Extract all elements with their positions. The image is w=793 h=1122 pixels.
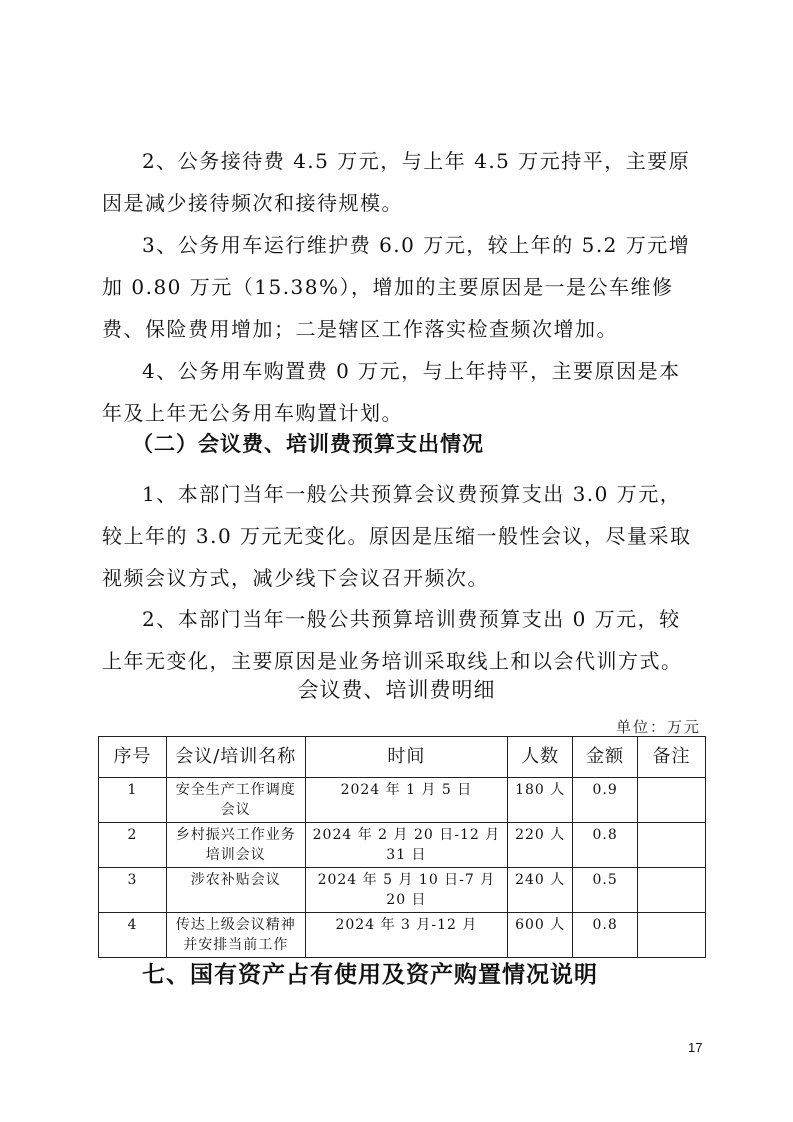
cell-time: 2024 年 1 月 5 日 <box>305 778 508 823</box>
table-title: 会议费、培训费明细 <box>0 674 793 704</box>
cell-amount: 0.8 <box>573 823 638 868</box>
table-row: 1 安全生产工作调度会议 2024 年 1 月 5 日 180 人 0.9 <box>99 778 706 823</box>
paragraph-reception-fee: 2、公务接待费 4.5 万元，与上年 4.5 万元持平，主要原因是减少接待频次和… <box>102 140 702 224</box>
cell-name: 乡村振兴工作业务培训会议 <box>166 823 305 868</box>
table-row: 4 传达上级会议精神并安排当前工作 2024 年 3 月-12 月 600 人 … <box>99 913 706 958</box>
paragraph-text: 4、公务用车购置费 0 万元，与上年持平，主要原因是本年及上年无公务用车购置计划… <box>102 359 681 425</box>
chapter-heading: 七、国有资产占有使用及资产购置情况说明 <box>142 956 598 989</box>
section-heading: （二）会议费、培训费预算支出情况 <box>132 428 484 458</box>
cell-time: 2024 年 3 月-12 月 <box>305 913 508 958</box>
paragraph-vehicle-maintenance: 3、公务用车运行维护费 6.0 万元，较上年的 5.2 万元增加 0.80 万元… <box>102 224 702 350</box>
cell-amount: 0.9 <box>573 778 638 823</box>
cell-attendees: 240 人 <box>508 868 573 913</box>
paragraph-meeting-fee: 1、本部门当年一般公共预算会议费预算支出 3.0 万元，较上年的 3.0 万元无… <box>102 473 702 599</box>
paragraph-text: 1、本部门当年一般公共预算会议费预算支出 3.0 万元，较上年的 3.0 万元无… <box>102 482 692 590</box>
header-attendees: 人数 <box>508 737 573 778</box>
cell-remarks <box>638 778 706 823</box>
cell-amount: 0.5 <box>573 868 638 913</box>
paragraph-text: 2、本部门当年一般公共预算培训费预算支出 0 万元，较上年无变化，主要原因是业务… <box>102 607 683 673</box>
table-header-row: 序号 会议/培训名称 时间 人数 金额 备注 <box>99 737 706 778</box>
paragraph-text: 3、公务用车运行维护费 6.0 万元，较上年的 5.2 万元增加 0.80 万元… <box>102 233 690 341</box>
cell-amount: 0.8 <box>573 913 638 958</box>
table-row: 3 涉农补贴会议 2024 年 5 月 10 日-7 月 20 日 240 人 … <box>99 868 706 913</box>
table-unit: 单位：万元 <box>616 716 701 737</box>
cell-attendees: 220 人 <box>508 823 573 868</box>
meeting-training-table: 序号 会议/培训名称 时间 人数 金额 备注 1 安全生产工作调度会议 2024… <box>98 736 706 958</box>
cell-attendees: 600 人 <box>508 913 573 958</box>
cell-name: 安全生产工作调度会议 <box>166 778 305 823</box>
cell-remarks <box>638 913 706 958</box>
cell-index: 4 <box>99 913 167 958</box>
header-index: 序号 <box>99 737 167 778</box>
paragraph-text: 2、公务接待费 4.5 万元，与上年 4.5 万元持平，主要原因是减少接待频次和… <box>102 149 690 215</box>
header-time: 时间 <box>305 737 508 778</box>
cell-index: 1 <box>99 778 167 823</box>
cell-remarks <box>638 823 706 868</box>
cell-time: 2024 年 5 月 10 日-7 月 20 日 <box>305 868 508 913</box>
header-name: 会议/培训名称 <box>166 737 305 778</box>
header-remarks: 备注 <box>638 737 706 778</box>
cell-name: 传达上级会议精神并安排当前工作 <box>166 913 305 958</box>
cell-name: 涉农补贴会议 <box>166 868 305 913</box>
cell-remarks <box>638 868 706 913</box>
cell-time: 2024 年 2 月 20 日-12 月 31 日 <box>305 823 508 868</box>
cell-index: 2 <box>99 823 167 868</box>
paragraph-vehicle-purchase: 4、公务用车购置费 0 万元，与上年持平，主要原因是本年及上年无公务用车购置计划… <box>102 350 702 434</box>
cell-index: 3 <box>99 868 167 913</box>
paragraph-training-fee: 2、本部门当年一般公共预算培训费预算支出 0 万元，较上年无变化，主要原因是业务… <box>102 598 702 682</box>
page-number: 17 <box>688 1040 702 1055</box>
header-amount: 金额 <box>573 737 638 778</box>
cell-attendees: 180 人 <box>508 778 573 823</box>
table-row: 2 乡村振兴工作业务培训会议 2024 年 2 月 20 日-12 月 31 日… <box>99 823 706 868</box>
